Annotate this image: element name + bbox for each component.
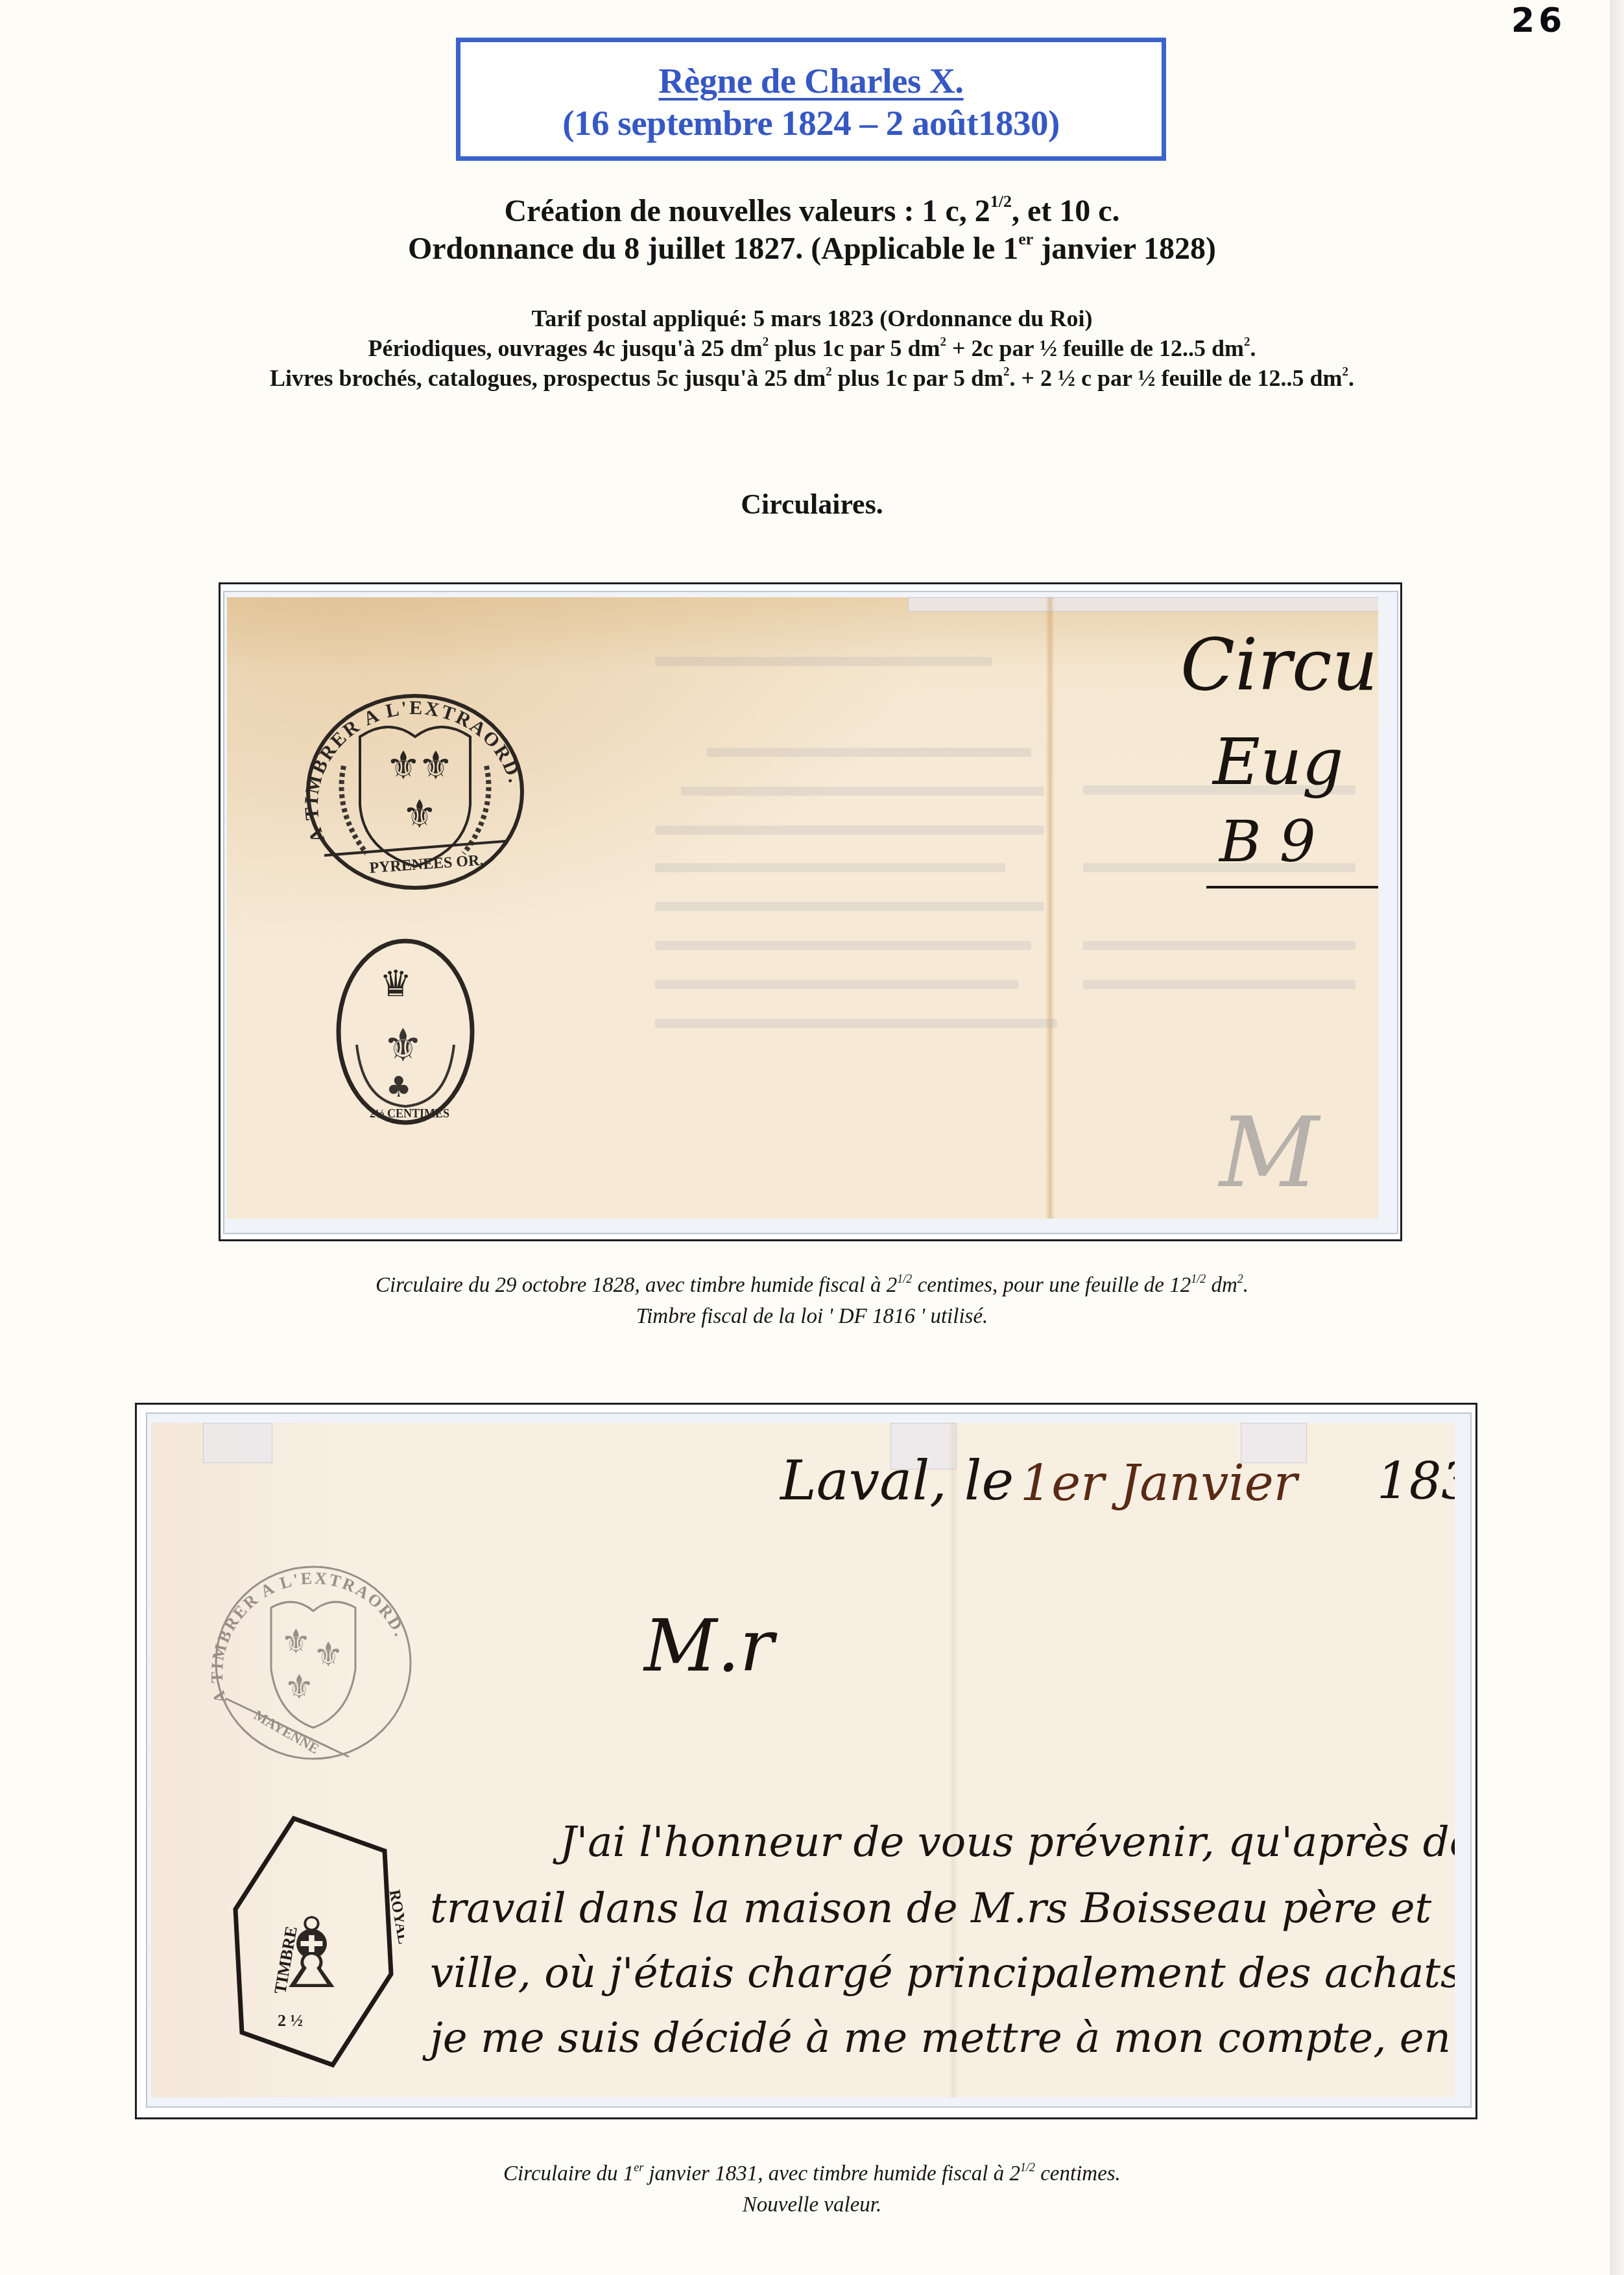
svg-text:⚜: ⚜ [313,1636,344,1674]
cover-2-frame: ⚜ ⚜ ⚜ A TIMBRER A L'EXTRAORD. MAYENNE ♗ … [135,1403,1477,2119]
show-through-text [655,657,992,666]
svg-text:⚜: ⚜ [281,1623,311,1662]
hinge-strip [908,597,1378,612]
stamp-timbre-royal: ♗ TIMBRE ROYAL 2 ½ [222,1812,404,2071]
show-through-text [655,941,1031,950]
tariff-livres: Livres brochés, catalogues, prospectus 5… [0,363,1624,393]
dateline-date: 1er Janvier [1020,1454,1297,1512]
fleur-de-lis-shield-stamp-icon: ⚜ ⚜ ⚜ A TIMBRER A L'EXTRAORD. PYRENEES O… [298,688,532,896]
show-through-text [681,787,1044,796]
svg-text:⚜: ⚜ [402,792,437,837]
page-title: Règne de Charles X. [658,60,963,101]
show-through-text [1083,980,1355,989]
letter-body-line: ville, où j'étais chargé principalement … [430,1949,1455,1997]
show-through-text [655,863,1005,872]
tariff-heading: Tarif postal appliqué: 5 mars 1823 (Ordo… [0,304,1624,333]
fold-line [1045,597,1055,1219]
caption-1-line-1: Circulaire du 29 octobre 1828, avec timb… [0,1271,1624,1300]
page-number: 26 [1511,1,1566,40]
handwriting-circulaire: Circu [1180,623,1378,706]
svg-text:2 ½: 2 ½ [278,2011,303,2030]
dateline-place: Laval, le [780,1449,1014,1512]
svg-text:MAYENNE: MAYENNE [251,1707,322,1757]
svg-text:PYRENEES OR.: PYRENEES OR. [369,852,484,877]
salutation: M.r [644,1604,774,1687]
underline-stroke [1206,886,1378,888]
svg-text:♛: ♛ [379,963,412,1005]
stamp-two-and-half-centimes: ♛ ⚜ ♣ 2½ CENTIMES [331,935,480,1129]
letter-body-line: travail dans la maison de M.rs Boisseau … [430,1885,1431,1933]
letter-body-line: J'ai l'honneur de vous prévenir, qu'aprè… [560,1818,1455,1866]
crowned-fleur-de-lis-stamp-icon: ♛ ⚜ ♣ 2½ CENTIMES [331,935,480,1129]
caption-2-line-1: Circulaire du 1er janvier 1831, avec tim… [0,2160,1624,2188]
cover-2-paper: ⚜ ⚜ ⚜ A TIMBRER A L'EXTRAORD. MAYENNE ♗ … [151,1423,1455,2097]
svg-text:♣: ♣ [386,1071,411,1104]
svg-text:2½ CENTIMES: 2½ CENTIMES [370,1107,449,1120]
subtitle-new-values: Création de nouvelles valeurs : 1 c, 21/… [0,193,1624,230]
handwriting-b9: B 9 [1219,808,1316,875]
caption-2-line-2: Nouvelle valeur. [0,2191,1624,2219]
svg-text:⚜: ⚜ [383,1019,424,1072]
svg-text:⚜: ⚜ [284,1668,315,1707]
handwriting-eug: Eug [1213,724,1343,800]
cover-1-paper: ⚜ ⚜ ⚜ A TIMBRER A L'EXTRAORD. PYRENEES O… [227,597,1378,1219]
stamp-timbrer-extraord-mayenne: ⚜ ⚜ ⚜ A TIMBRER A L'EXTRAORD. MAYENNE [209,1559,417,1767]
section-title: Circulaires. [0,488,1624,521]
hinge-strip [203,1423,272,1463]
pencil-mark: M [1219,1097,1319,1209]
show-through-text [1083,941,1355,950]
stamp-timbrer-extraord-pyrenees: ⚜ ⚜ ⚜ A TIMBRER A L'EXTRAORD. PYRENEES O… [298,688,532,896]
caption-1-line-2: Timbre fiscal de la loi ' DF 1816 ' util… [0,1302,1624,1331]
show-through-text [655,980,1018,989]
title-box: Règne de Charles X. (16 septembre 1824 –… [456,38,1166,161]
reign-dates: (16 septembre 1824 – 2 août1830) [460,102,1162,143]
letter-body-line: je me suis décidé à me mettre à mon comp… [430,2014,1455,2062]
tariff-periodiques: Périodiques, ouvrages 4c jusqu'à 25 dm2 … [0,333,1624,363]
show-through-text [655,826,1044,835]
show-through-text [707,748,1031,757]
hexagon-figure-stamp-icon: ♗ TIMBRE ROYAL 2 ½ [222,1812,404,2071]
fleur-de-lis-shield-stamp-icon: ⚜ ⚜ ⚜ A TIMBRER A L'EXTRAORD. MAYENNE [209,1559,417,1767]
show-through-text [655,1019,1057,1028]
subtitle-ordonnance: Ordonnance du 8 juillet 1827. (Applicabl… [0,231,1624,267]
show-through-text [655,902,1044,911]
svg-text:⚜: ⚜ [418,743,453,789]
cover-1-frame: ⚜ ⚜ ⚜ A TIMBRER A L'EXTRAORD. PYRENEES O… [219,582,1402,1241]
svg-text:⚜: ⚜ [386,743,421,789]
dateline-year: 1831 [1377,1453,1455,1511]
